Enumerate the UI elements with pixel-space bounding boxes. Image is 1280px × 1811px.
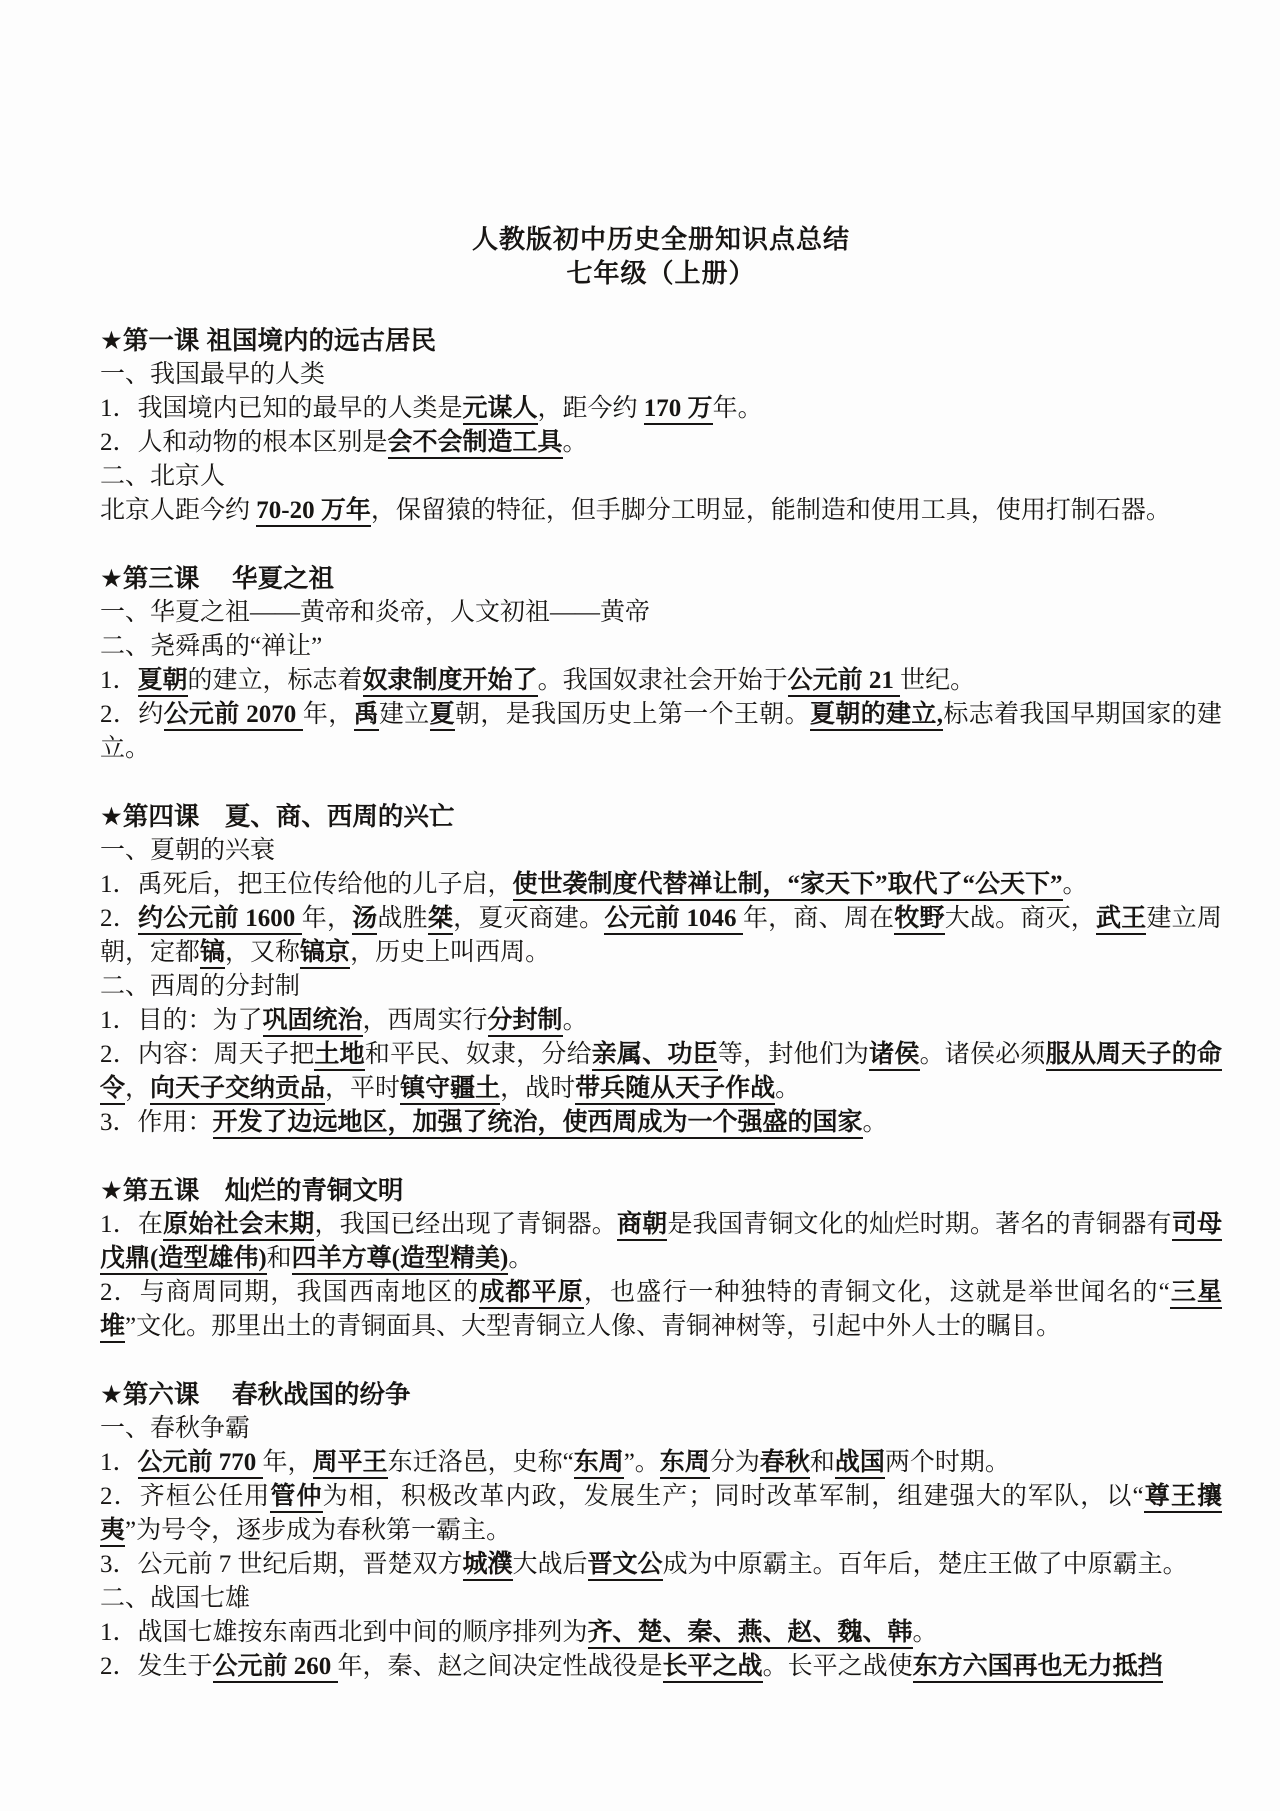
key-term: 成都平原	[479, 1279, 584, 1309]
key-term: 分封制	[488, 1007, 563, 1037]
text-run: 一、春秋争霸	[100, 1415, 250, 1442]
text-run: 年，	[263, 1449, 313, 1476]
key-term: 东方六国再也无力抵挡	[913, 1653, 1163, 1683]
key-term: 公元前 2070	[164, 701, 303, 731]
key-term: 镇守疆土	[400, 1075, 500, 1105]
text-run: 为相，积极改革内政，发展生产；同时改革军制，组建强大的军队，以“	[323, 1483, 1144, 1510]
paragraph: 2．约公元前 1600 年，汤战胜桀，夏灭商建。公元前 1046 年，商、周在牧…	[100, 902, 1222, 970]
paragraph: 北京人距今约 70-20 万年，保留猿的特征，但手脚分工明显，能制造和使用工具，…	[100, 494, 1222, 528]
text-run: 和	[267, 1245, 292, 1272]
key-term: 开发了边远地区，加强了统治，使西周成为一个强盛的国家	[213, 1109, 863, 1139]
text-run: 1．我国境内已知的最早的人类是	[100, 395, 463, 422]
text-run: 的建立，标志着	[188, 667, 363, 694]
document-body: ★第一课 祖国境内的远古居民一、我国最早的人类1．我国境内已知的最早的人类是元谋…	[100, 324, 1222, 1684]
text-run: 。	[913, 1619, 938, 1646]
key-term: 带兵随从天子作战	[575, 1075, 775, 1105]
section-heading-lesson-6: ★第六课 春秋战国的纷争	[100, 1378, 1222, 1412]
key-term: 城濮	[463, 1551, 513, 1581]
text-run: 。	[563, 429, 588, 456]
section-heading-lesson-1: ★第一课 祖国境内的远古居民	[100, 324, 1222, 358]
text-run: 。	[863, 1109, 888, 1136]
text-run: 2．约	[100, 701, 164, 728]
text-run: ，战时	[500, 1075, 575, 1102]
document-page: 人教版初中历史全册知识点总结 七年级（上册） ★第一课 祖国境内的远古居民一、我…	[0, 0, 1280, 1811]
document-subtitle: 七年级（上册）	[100, 256, 1222, 290]
paragraph: 1．禹死后，把王位传给他的儿子启，使世袭制度代替禅让制，“家天下”取代了“公天下…	[100, 868, 1222, 902]
text-run: 战胜	[377, 905, 427, 932]
text-run: 1．在	[100, 1211, 163, 1238]
text-run: 1．	[100, 1449, 138, 1476]
paragraph: 1．目的：为了巩固统治，西周实行分封制。	[100, 1004, 1222, 1038]
key-term: 晋文公	[588, 1551, 663, 1581]
key-term: 东周	[574, 1449, 624, 1479]
key-term: 向天子交纳贡品	[150, 1075, 325, 1105]
key-term: 四羊方尊(造型精美)	[292, 1245, 509, 1275]
paragraph: 1．我国境内已知的最早的人类是元谋人，距今约 170 万年。	[100, 392, 1222, 426]
text-run: ”。	[624, 1449, 660, 1476]
text-run: 是我国青铜文化的灿烂时期。著名的青铜器有	[667, 1211, 1171, 1238]
key-term: 东周	[660, 1449, 710, 1479]
text-run: 大战后	[513, 1551, 588, 1578]
text-run: ，历史上叫西周。	[350, 939, 550, 966]
key-term: 周平王	[313, 1449, 388, 1479]
paragraph: 3．公元前 7 世纪后期，晋楚双方城濮大战后晋文公成为中原霸主。百年后，楚庄王做…	[100, 1548, 1222, 1582]
text-run: 年，	[302, 905, 352, 932]
text-run: 2．人和动物的根本区别是	[100, 429, 388, 456]
text-run: 和平民、奴隶，分给	[365, 1041, 592, 1068]
text-run: 年，秦、赵之间决定性战役是	[338, 1653, 663, 1680]
key-term: 禹	[354, 701, 379, 731]
key-term: 公元前 260	[213, 1653, 338, 1683]
text-run: 一、我国最早的人类	[100, 361, 325, 388]
key-term: 公元前 21	[788, 667, 901, 697]
key-term: 原始社会末期	[163, 1211, 314, 1241]
text-run: 3．作用：	[100, 1109, 213, 1136]
text-run: 建立	[379, 701, 430, 728]
paragraph: 1．夏朝的建立，标志着奴隶制度开始了。我国奴隶社会开始于公元前 21 世纪。	[100, 664, 1222, 698]
text-run: 年，商、周在	[743, 905, 894, 932]
text-run: 。	[563, 1007, 588, 1034]
text-run: 二、战国七雄	[100, 1585, 250, 1612]
text-run: 2．	[100, 905, 138, 932]
key-term: 镐	[200, 939, 225, 969]
text-run: 2．齐桓公任用	[100, 1483, 270, 1510]
paragraph: 2．约公元前 2070 年，禹建立夏朝，是我国历史上第一个王朝。夏朝的建立,标志…	[100, 698, 1222, 766]
text-run: ，保留猿的特征，但手脚分工明显，能制造和使用工具，使用打制石器。	[371, 497, 1171, 524]
text-run: 二、北京人	[100, 463, 225, 490]
text-run: 世纪。	[900, 667, 975, 694]
paragraph: 二、北京人	[100, 460, 1222, 494]
key-term: 战国	[835, 1449, 885, 1479]
text-run: 一、华夏之祖——黄帝和炎帝，人文初祖——黄帝	[100, 599, 650, 626]
paragraph: 二、西周的分封制	[100, 970, 1222, 1004]
key-term: 亲属、功臣	[592, 1041, 718, 1071]
paragraph: 一、夏朝的兴衰	[100, 834, 1222, 868]
key-term: 巩固统治	[263, 1007, 363, 1037]
text-run: ”文化。那里出土的青铜面具、大型青铜立人像、青铜神树等，引起中外人士的瞩目。	[125, 1313, 1061, 1340]
paragraph: 2．内容：周天子把土地和平民、奴隶，分给亲属、功臣等，封他们为诸侯。诸侯必须服从…	[100, 1038, 1222, 1106]
text-run: ，距今约	[538, 395, 644, 422]
text-run: 大战。商灭，	[945, 905, 1096, 932]
section-heading-lesson-4: ★第四课 夏、商、西周的兴亡	[100, 800, 1222, 834]
key-term: 会不会制造工具	[388, 429, 563, 459]
text-run: 北京人距今约	[100, 497, 256, 524]
section-heading-lesson-5: ★第五课 灿烂的青铜文明	[100, 1174, 1222, 1208]
key-term: 土地	[314, 1041, 364, 1071]
paragraph: 一、华夏之祖——黄帝和炎帝，人文初祖——黄帝	[100, 596, 1222, 630]
text-run: 二、尧舜禹的“禅让”	[100, 633, 322, 660]
text-run: 3．公元前 7 世纪后期，晋楚双方	[100, 1551, 463, 1578]
key-term: 镐京	[300, 939, 350, 969]
text-run: 朝，是我国历史上第一个王朝。	[455, 701, 810, 728]
text-run: ”为号令，逐步成为春秋第一霸主。	[125, 1517, 511, 1544]
key-term: 夏朝	[138, 667, 188, 697]
text-run: ，	[125, 1075, 150, 1102]
text-run: 分为	[710, 1449, 760, 1476]
paragraph: 1．战国七雄按东南西北到中间的顺序排列为齐、楚、秦、燕、赵、魏、韩。	[100, 1616, 1222, 1650]
text-run: ，平时	[325, 1075, 400, 1102]
text-run: ，也盛行一种独特的青铜文化，这就是举世闻名的“	[584, 1279, 1170, 1306]
text-run: 两个时期。	[885, 1449, 1010, 1476]
paragraph: 2．发生于公元前 260 年，秦、赵之间决定性战役是长平之战。长平之战使东方六国…	[100, 1650, 1222, 1684]
paragraph: 二、战国七雄	[100, 1582, 1222, 1616]
text-run: ，又称	[225, 939, 300, 966]
paragraph: 2．人和动物的根本区别是会不会制造工具。	[100, 426, 1222, 460]
key-term: 桀	[428, 905, 453, 935]
paragraph: 2．与商周同期，我国西南地区的成都平原，也盛行一种独特的青铜文化，这就是举世闻名…	[100, 1276, 1222, 1344]
text-run: 一、夏朝的兴衰	[100, 837, 275, 864]
text-run: 。诸侯必须	[920, 1041, 1046, 1068]
text-run: 东迁洛邑，史称“	[388, 1449, 574, 1476]
text-run: 1．禹死后，把王位传给他的儿子启，	[100, 871, 513, 898]
text-run: 成为中原霸主。百年后，楚庄王做了中原霸主。	[663, 1551, 1188, 1578]
section-heading-lesson-3: ★第三课 华夏之祖	[100, 562, 1222, 596]
text-run: 。	[1063, 871, 1088, 898]
key-term: 齐、楚、秦、燕、赵、魏、韩	[588, 1619, 913, 1649]
key-term: 公元前 1046	[604, 905, 743, 935]
key-term: 牧野	[894, 905, 944, 935]
text-run: 年。	[713, 395, 763, 422]
key-term: 公元前 770	[138, 1449, 263, 1479]
paragraph: 1．在原始社会末期，我国已经出现了青铜器。商朝是我国青铜文化的灿烂时期。著名的青…	[100, 1208, 1222, 1276]
document-title: 人教版初中历史全册知识点总结	[100, 222, 1222, 256]
text-run: 等，封他们为	[718, 1041, 869, 1068]
paragraph: 一、春秋争霸	[100, 1412, 1222, 1446]
key-term: 70-20 万年	[256, 497, 371, 527]
key-term: 奴隶制度开始了	[363, 667, 538, 697]
paragraph: 二、尧舜禹的“禅让”	[100, 630, 1222, 664]
key-term: 使世袭制度代替禅让制，“家天下”取代了“公天下”	[513, 871, 1063, 901]
key-term: 诸侯	[869, 1041, 919, 1071]
key-term: 商朝	[617, 1211, 667, 1241]
key-term: 汤	[352, 905, 377, 935]
paragraph: 2．齐桓公任用管仲为相，积极改革内政，发展生产；同时改革军制，组建强大的军队，以…	[100, 1480, 1222, 1548]
text-run: 2．内容：周天子把	[100, 1041, 314, 1068]
key-term: 管仲	[270, 1483, 322, 1513]
text-run: 1．	[100, 667, 138, 694]
text-run: 。	[775, 1075, 800, 1102]
key-term: 春秋	[760, 1449, 810, 1479]
text-run: ，夏灭商建。	[453, 905, 604, 932]
text-run: 2．与商周同期，我国西南地区的	[100, 1279, 479, 1306]
key-term: 元谋人	[463, 395, 538, 425]
key-term: 约公元前 1600	[138, 905, 302, 935]
text-run: 和	[810, 1449, 835, 1476]
text-run: 年，	[303, 701, 354, 728]
text-run: 。长平之战使	[763, 1653, 913, 1680]
text-run: 1．战国七雄按东南西北到中间的顺序排列为	[100, 1619, 588, 1646]
text-run: 。我国奴隶社会开始于	[538, 667, 788, 694]
text-run: 二、西周的分封制	[100, 973, 300, 1000]
key-term: 170 万	[644, 395, 713, 425]
paragraph: 3．作用：开发了边远地区，加强了统治，使西周成为一个强盛的国家。	[100, 1106, 1222, 1140]
paragraph: 一、我国最早的人类	[100, 358, 1222, 392]
paragraph: 1．公元前 770 年，周平王东迁洛邑，史称“东周”。东周分为春秋和战国两个时期…	[100, 1446, 1222, 1480]
key-term: 长平之战	[663, 1653, 763, 1683]
text-run: 1．目的：为了	[100, 1007, 263, 1034]
key-term: 武王	[1096, 905, 1146, 935]
key-term: 夏	[430, 701, 455, 731]
text-run: ，我国已经出现了青铜器。	[314, 1211, 617, 1238]
text-run: 2．发生于	[100, 1653, 213, 1680]
text-run: 。	[508, 1245, 533, 1272]
text-run: ，西周实行	[363, 1007, 488, 1034]
key-term: 夏朝的建立,	[810, 701, 943, 731]
